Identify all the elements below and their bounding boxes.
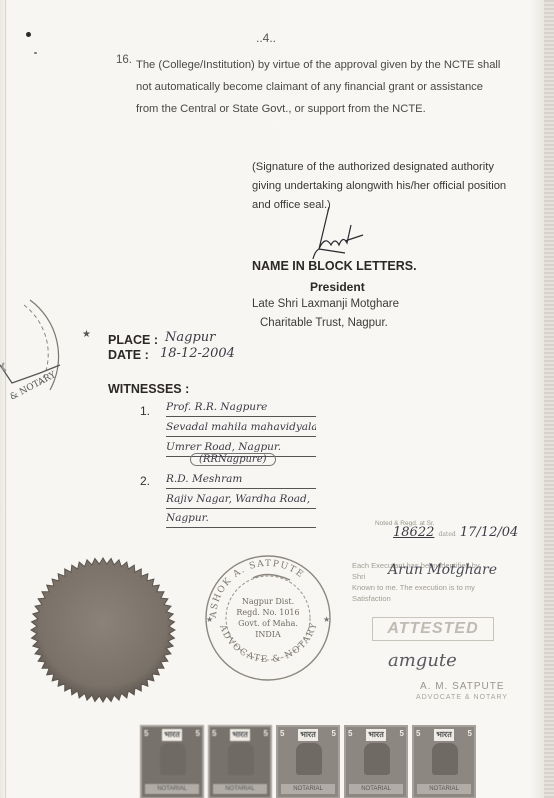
witness-1-line: Prof. R.R. Nagpure xyxy=(166,401,316,417)
svg-text:★: ★ xyxy=(82,329,91,340)
national-emblem-icon xyxy=(432,743,458,775)
attestor-name: A. M. SATPUTE xyxy=(420,681,505,692)
svg-text:★: ★ xyxy=(206,615,213,624)
signature-note: (Signature of the authorized designated … xyxy=(252,158,506,215)
stamp-header: 5भारत5 xyxy=(144,729,200,741)
identification-line: Known to me. The execution is to my xyxy=(352,582,480,593)
revenue-stamp: 5भारत5NOTARIAL xyxy=(140,725,204,798)
national-emblem-icon xyxy=(160,743,186,775)
organization-line-1: Late Shri Laxmanji Motghare xyxy=(252,298,399,310)
embossed-seal xyxy=(28,555,178,705)
place-label: PLACE : xyxy=(108,333,158,347)
witnesses-label: WITNESSES : xyxy=(108,382,189,396)
stamp-footer: NOTARIAL xyxy=(349,784,403,794)
name-block-letters-label: NAME IN BLOCK LETTERS. xyxy=(252,259,417,273)
revenue-stamps: 5भारत5NOTARIAL5भारत5NOTARIAL5भारत5NOTARI… xyxy=(140,725,476,798)
organization-line-2: Charitable Trust, Nagpur. xyxy=(260,317,388,329)
clause-line: The (College/Institution) by virtue of t… xyxy=(136,54,516,76)
attested-stamp: ATTESTED xyxy=(372,617,494,641)
date-value: 18-12-2004 xyxy=(160,346,235,361)
notary-round-stamp: ASHOK A. SATPUTE ADVOCATE & NOTARY Nagpu… xyxy=(198,548,363,688)
speck xyxy=(26,32,31,37)
witness-2-line: Rajiv Nagar, Wardha Road, xyxy=(166,493,316,509)
signature-note-line: (Signature of the authorized designated … xyxy=(252,158,506,177)
notary-left-text: & NOTARY xyxy=(8,370,58,403)
revenue-stamp: 5भारत5NOTARIAL xyxy=(276,725,340,798)
notary-stamp-left: & NOTARY ★ xyxy=(0,295,100,405)
revenue-stamp: 5भारत5NOTARIAL xyxy=(208,725,272,798)
stamp-center-line: Regd. No. 1016 xyxy=(236,608,299,617)
witness-1-signature: (RRNagpure) xyxy=(190,453,276,466)
document-page: ..4.. 16. The (College/Institution) by v… xyxy=(0,0,554,798)
revenue-stamp: 5भारत5NOTARIAL xyxy=(412,725,476,798)
registration-number-value: 18622 xyxy=(393,525,434,540)
revenue-stamp: 5भारत5NOTARIAL xyxy=(344,725,408,798)
stamp-header: 5भारत5 xyxy=(280,729,336,741)
signature-note-line: and office seal.) xyxy=(252,196,506,215)
registration-dated-label: dated xyxy=(439,531,456,538)
clause-number: 16. xyxy=(116,54,132,66)
stamp-footer: NOTARIAL xyxy=(213,784,267,794)
attestor-title: ADVOCATE & NOTARY xyxy=(416,694,508,701)
attestation-signature: amgute xyxy=(388,650,457,671)
date-label: DATE : xyxy=(108,348,149,362)
registration-date: 17/12/04 xyxy=(460,525,518,540)
stamp-center-line: INDIA xyxy=(255,630,281,639)
witness-2-line: R.D. Meshram xyxy=(166,473,316,489)
stamp-center-line: Govt. of Maha. xyxy=(238,619,298,628)
stamp-header: 5भारत5 xyxy=(212,729,268,741)
witness-1-line: Sevadal mahila mahavidyalaya xyxy=(166,421,316,437)
national-emblem-icon xyxy=(364,743,390,775)
stamp-header: 5भारत5 xyxy=(416,729,472,741)
signatory-designation: President xyxy=(310,280,365,294)
president-signature xyxy=(305,205,365,265)
stamp-header: 5भारत5 xyxy=(348,729,404,741)
stamp-footer: NOTARIAL xyxy=(145,784,199,794)
signature-note-line: giving undertaking alongwith his/her off… xyxy=(252,177,506,196)
witness-2-number: 2. xyxy=(140,474,150,488)
identification-line: Satisfaction xyxy=(352,593,480,604)
identified-name: Arun Motghare xyxy=(388,562,497,578)
stamp-footer: NOTARIAL xyxy=(417,784,471,794)
witness-2-line: Nagpur. xyxy=(166,512,316,528)
page-number: ..4.. xyxy=(256,31,276,45)
national-emblem-icon xyxy=(228,743,254,775)
witness-1-number: 1. xyxy=(140,404,150,418)
registration-number: 18622 dated 17/12/04 xyxy=(393,525,518,540)
svg-text:★: ★ xyxy=(323,615,330,624)
page-right-edge xyxy=(544,0,554,798)
place-value: Nagpur xyxy=(165,330,215,345)
clause-text: The (College/Institution) by virtue of t… xyxy=(136,54,516,120)
stamp-center-line: Nagpur Dist. xyxy=(242,597,294,606)
national-emblem-icon xyxy=(296,743,322,775)
speck xyxy=(34,52,37,54)
clause-line: from the Central or State Govt., or supp… xyxy=(136,98,516,120)
clause-line: not automatically become claimant of any… xyxy=(136,76,516,98)
stamp-footer: NOTARIAL xyxy=(281,784,335,794)
